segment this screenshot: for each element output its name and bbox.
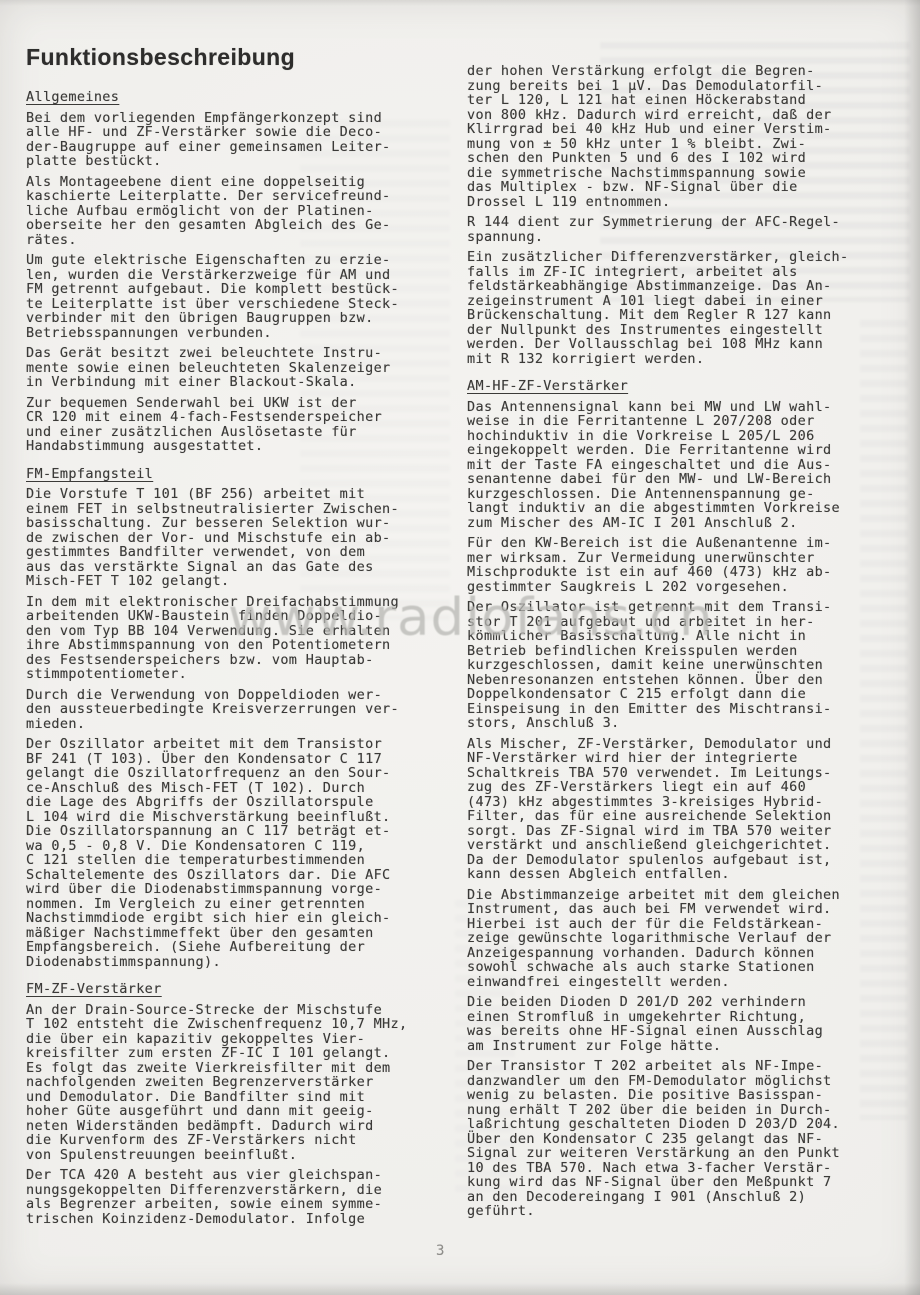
paragraph: Als Mischer, ZF-Verstärker, Demodulator … [467,737,887,882]
column-right: der hohen Verstärkung erfolgt die Begren… [467,64,887,1225]
paragraph: Die Vorstufe T 101 (BF 256) arbeitet mit… [26,487,446,589]
paragraph: Das Gerät besitzt zwei beleuchtete Instr… [26,346,446,390]
paragraph: Durch die Verwendung von Doppeldioden we… [26,688,446,732]
paragraph: An der Drain-Source-Strecke der Mischstu… [26,1003,446,1163]
section-heading: FM-ZF-Verstärker [26,982,446,997]
paragraph: Der Transistor T 202 arbeitet als NF-Imp… [467,1059,887,1219]
scan-edge-top [0,0,920,6]
section-heading: FM-Empfangsteil [26,467,446,482]
paragraph: Zur bequemen Senderwahl bei UKW ist der … [26,396,446,454]
paragraph: Der Oszillator ist getrennt mit dem Tran… [467,600,887,731]
paragraph: R 144 dient zur Symmetrierung der AFC-Re… [467,215,887,244]
section-heading: AM-HF-ZF-Verstärker [467,379,887,394]
page-title: Funktionsbeschreibung [26,44,295,71]
paragraph: Ein zusätzlicher Differenzverstärker, gl… [467,250,887,366]
column-left: AllgemeinesBei dem vorliegenden Empfänge… [26,90,446,1232]
paragraph: Bei dem vorliegenden Empfängerkonzept si… [26,111,446,169]
paragraph: Der Oszillator arbeitet mit dem Transist… [26,737,446,969]
document-page: Funktionsbeschreibung www.radiofans.cn A… [0,0,920,1295]
paragraph: Um gute elektrische Eigenschaften zu erz… [26,253,446,340]
scan-edge-right [904,0,920,1295]
scan-edge-bottom [0,1283,920,1295]
paragraph: In dem mit elektronischer Dreifachabstim… [26,595,446,682]
paragraph: Das Antennensignal kann bei MW und LW wa… [467,400,887,531]
section-heading: Allgemeines [26,90,446,105]
paragraph: Die Abstimmanzeige arbeitet mit dem glei… [467,888,887,990]
paragraph: Der TCA 420 A besteht aus vier gleichspa… [26,1168,446,1226]
paragraph: Für den KW-Bereich ist die Außenantenne … [467,536,887,594]
page-number: 3 [436,1243,444,1259]
paragraph: Die beiden Dioden D 201/D 202 verhindern… [467,995,887,1053]
paragraph: der hohen Verstärkung erfolgt die Begren… [467,64,887,209]
paragraph: Als Montageebene dient eine doppelseitig… [26,175,446,248]
